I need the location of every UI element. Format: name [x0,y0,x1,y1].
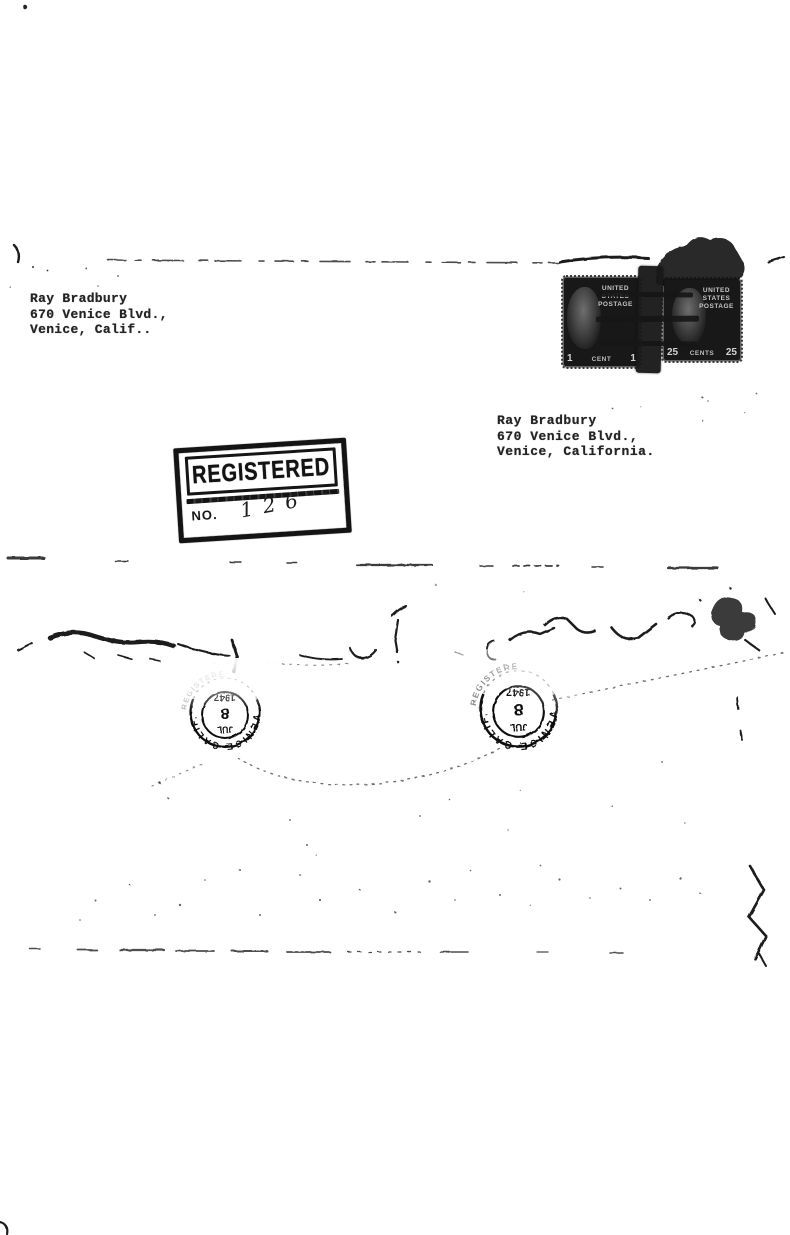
speckles [9,285,758,921]
stamp-text-line: UNITED [696,287,737,295]
return-address-line3: Venice, Calif.. [30,322,152,337]
denom-left: 25 [667,347,678,358]
postmark-day: 8 [513,700,523,720]
return-address-line2: 670 Venice Blvd., [30,307,168,322]
cancellation-bar [596,316,699,323]
registered-handstamp: REGISTERED NO. 126 [173,438,352,544]
corner-mark [0,1222,7,1234]
mailing-address-line3: Venice, California. [497,444,655,459]
postmark-year: 1947 [507,686,531,698]
denom-left: 1 [567,353,573,364]
denom-right: 25 [726,347,737,358]
corner-speck [23,5,27,9]
mailing-address-line1: Ray Bradbury [497,413,597,428]
right-edge-tear [737,697,766,966]
postmark-month: JUL [509,721,527,732]
registered-no-label: NO. [191,507,218,524]
envelope-scan: Ray Bradbury670 Venice Blvd.,Venice, Cal… [0,0,790,1235]
stamp-country-text: UNITED STATES POSTAGE [696,287,737,310]
cancellation-bar [597,291,693,297]
postmark-month: JUL [216,724,233,734]
postmark-right: VENICE CALIF. REGISTERED JUL 8 1947 [460,653,577,770]
postmark-day: 8 [220,704,229,721]
denom-word: CENTS [690,350,715,357]
return-address: Ray Bradbury670 Venice Blvd.,Venice, Cal… [30,291,168,338]
stamp-text-line: POSTAGE [595,301,636,309]
registered-word-box: REGISTERED [185,447,338,495]
mid-fold-line [8,558,718,568]
scan-artifacts [0,0,790,1235]
stamp-denomination: 1 CENT 1 [567,353,636,364]
postmark-left: VENICE CALIF. REGISTERED JUL 8 1947 [172,662,278,768]
stamp-denomination: 25 CENTS 25 [667,347,737,358]
cancellation-bar [599,341,696,347]
bottom-fold-line [30,949,623,953]
postmark-year: 1947 [214,692,236,703]
return-address-line1: Ray Bradbury [30,291,127,306]
stamp-text-line: POSTAGE [696,303,737,311]
mailing-address: Ray Bradbury670 Venice Blvd.,Venice, Cal… [497,413,655,460]
flap-tear-line [18,587,775,672]
registered-word: REGISTERED [192,453,332,491]
stamp-text-line: STATES [696,295,737,303]
denom-word: CENT [592,356,612,363]
mailing-address-line2: 670 Venice Blvd., [497,429,638,444]
